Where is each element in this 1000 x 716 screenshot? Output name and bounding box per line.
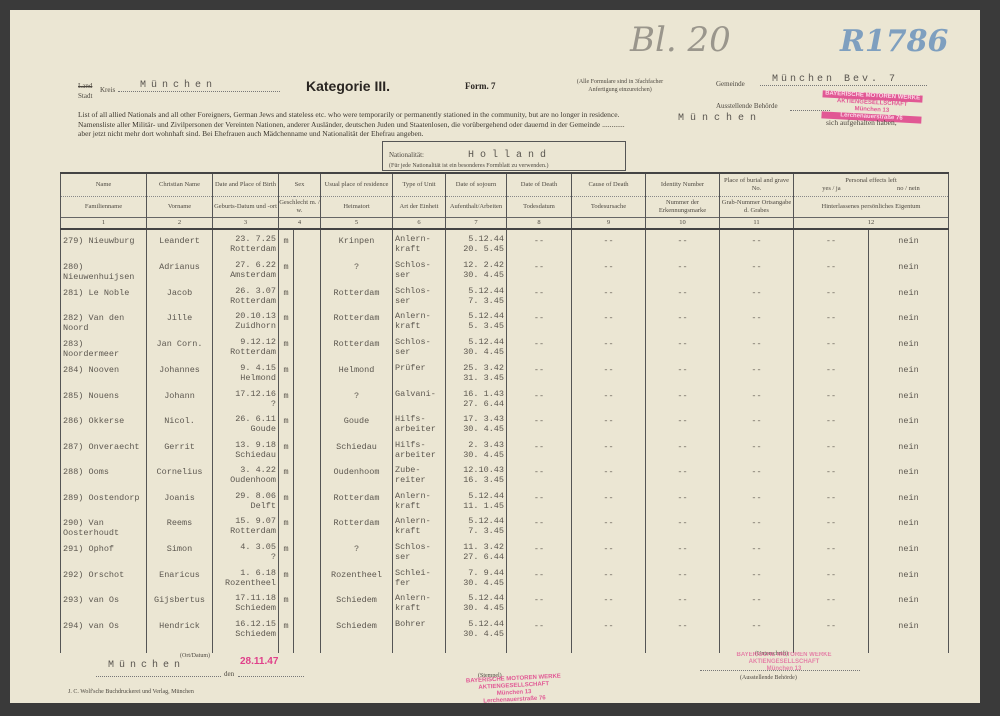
- cell-name: 282) Van den Noord: [61, 307, 147, 333]
- table-row: 287) OnveraechtGerrit13. 9.18SchiedaumSc…: [61, 436, 949, 462]
- cell-effects-yes: --: [794, 538, 869, 564]
- cell-effects-no: nein: [869, 512, 949, 538]
- residence: Rotterdam: [334, 493, 380, 503]
- residence: Rotterdam: [334, 518, 380, 528]
- sojourn-to: 16. 3.45: [463, 475, 504, 485]
- identity-number: --: [677, 391, 687, 401]
- row-number: 291): [63, 544, 83, 554]
- cell-burial: --: [720, 282, 794, 308]
- effects-yes: --: [826, 570, 836, 580]
- cell-death-date: --: [507, 359, 572, 385]
- cell-identity: --: [646, 359, 720, 385]
- cell-sex-w: [294, 282, 321, 308]
- death-cause: --: [603, 313, 613, 323]
- cell-christian-name: Johannes: [147, 359, 213, 385]
- effects-yes: --: [826, 621, 836, 631]
- col-header-unit: Type of Unit: [393, 173, 446, 197]
- cell-sex: m: [279, 512, 294, 538]
- nationality-box: Nationalität: Holland (Für jede National…: [382, 141, 626, 171]
- cell-burial: --: [720, 359, 794, 385]
- cell-unit: Schlei-fer: [393, 564, 446, 590]
- cell-christian-name: Jan Corn.: [147, 333, 213, 359]
- unit-line-2: ser: [395, 270, 410, 280]
- cell-name: 289) Oostendorp: [61, 487, 147, 513]
- christian-name: Johannes: [159, 365, 200, 375]
- cell-birth: 26. 3.07Rotterdam: [213, 282, 279, 308]
- burial-place: --: [751, 621, 761, 631]
- family-name: Ophof: [89, 544, 115, 554]
- sojourn-to: 20. 5.45: [463, 244, 504, 254]
- unit-line-2: arbeiter: [395, 450, 436, 460]
- cell-christian-name: Gijsbertus: [147, 589, 213, 615]
- burial-place: --: [751, 391, 761, 401]
- cell-sex-w: [294, 436, 321, 462]
- death-date: --: [534, 288, 544, 298]
- sojourn-from: 12. 2.42: [463, 260, 504, 270]
- cell-sojourn: 16. 1.4327. 6.44: [446, 385, 507, 411]
- col-num-8: 8: [507, 218, 572, 230]
- christian-name: Jan Corn.: [157, 339, 203, 349]
- identity-number: --: [677, 493, 687, 503]
- cell-birth: 17.11.18Schiedem: [213, 589, 279, 615]
- signature-line: [700, 668, 860, 671]
- form-number: Form. 7: [465, 81, 496, 91]
- residence: Goude: [344, 416, 370, 426]
- effects-no: nein: [898, 262, 918, 272]
- cell-death-date: --: [507, 385, 572, 411]
- cell-unit: Hilfs-arbeiter: [393, 410, 446, 436]
- cell-sojourn: 7. 9.4430. 4.45: [446, 564, 507, 590]
- stadt-label: Stadt: [78, 92, 92, 100]
- sojourn-from: 12.10.43: [463, 465, 504, 475]
- intro-german-3: aber jetzt nicht mehr dort wohnhaft sind…: [78, 129, 768, 139]
- cell-sex-w: [294, 512, 321, 538]
- cell-effects-no: nein: [869, 487, 949, 513]
- family-name: van Os: [89, 595, 120, 605]
- cell-christian-name: Leandert: [147, 229, 213, 256]
- cell-death-date: --: [507, 333, 572, 359]
- cell-unit: Anlern-kraft: [393, 512, 446, 538]
- sex: m: [283, 544, 288, 554]
- cell-death-cause: --: [572, 589, 646, 615]
- family-name: Onveraecht: [89, 442, 140, 452]
- death-cause: --: [603, 416, 613, 426]
- col-header-name: Name: [61, 173, 147, 197]
- family-name: Nooven: [89, 365, 120, 375]
- death-date: --: [534, 493, 544, 503]
- birth-date: 4. 3.05: [240, 542, 276, 552]
- cell-sex: m: [279, 538, 294, 564]
- cell-death-cause: --: [572, 229, 646, 256]
- cell-birth: 26. 6.11Goude: [213, 410, 279, 436]
- cell-death-cause: --: [572, 615, 646, 653]
- sojourn-from: 5.12.44: [468, 593, 504, 603]
- col-num-10: 10: [646, 218, 720, 230]
- gemeinde-value: München Bev. 7: [760, 74, 927, 86]
- residence: ?: [354, 262, 359, 272]
- christian-name: Joanis: [164, 493, 195, 503]
- effects-yes: --: [826, 544, 836, 554]
- death-date: --: [534, 365, 544, 375]
- cell-birth: 3. 4.22Oudenhoom: [213, 461, 279, 487]
- col-header-christian-name: Christian Name: [147, 173, 213, 197]
- cell-identity: --: [646, 615, 720, 653]
- cell-sojourn: 5.12.4411. 1.45: [446, 487, 507, 513]
- unit-line-1: Schlei-: [395, 568, 431, 578]
- cell-residence: Goude: [321, 410, 393, 436]
- handwritten-reference: R1786: [840, 24, 948, 59]
- birth-date: 26. 3.07: [235, 286, 276, 296]
- burial-place: --: [751, 595, 761, 605]
- cell-christian-name: Nicol.: [147, 410, 213, 436]
- cell-burial: --: [720, 385, 794, 411]
- cell-identity: --: [646, 512, 720, 538]
- cell-effects-no: nein: [869, 538, 949, 564]
- cell-identity: --: [646, 307, 720, 333]
- row-number: 294): [63, 621, 83, 631]
- cell-sex: m: [279, 333, 294, 359]
- unit-line-1: Zube-: [395, 465, 421, 475]
- table-row: 290) Van OosterhoudtReems15. 9.07Rotterd…: [61, 512, 949, 538]
- effects-no: nein: [898, 313, 918, 323]
- row-number: 289): [63, 493, 83, 503]
- cell-sex: m: [279, 307, 294, 333]
- identity-number: --: [677, 339, 687, 349]
- persons-table-body: 279) NieuwburgLeandert23. 7.25Rotterdamm…: [61, 229, 949, 653]
- table-row: 291) OphofSimon4. 3.05?m?Schlos-ser11. 3…: [61, 538, 949, 564]
- row-number: 281): [63, 288, 83, 298]
- effects-yes: --: [826, 365, 836, 375]
- cell-death-cause: --: [572, 282, 646, 308]
- kreis-label: Kreis: [100, 86, 115, 94]
- row-number: 279): [63, 236, 83, 246]
- table-row: 284) NoovenJohannes9. 4.15HelmondmHelmon…: [61, 359, 949, 385]
- col-header-death-cause: Cause of Death: [572, 173, 646, 197]
- sex: m: [283, 442, 288, 452]
- unit-line-2: kraft: [395, 603, 421, 613]
- residence: Rotterdam: [334, 313, 380, 323]
- cell-sex: m: [279, 564, 294, 590]
- birth-place: Oudenhoom: [230, 475, 276, 485]
- burial-place: --: [751, 236, 761, 246]
- effects-yes: --: [826, 416, 836, 426]
- place-line: [96, 674, 221, 677]
- cell-sojourn: 25. 3.4231. 3.45: [446, 359, 507, 385]
- cell-sex: m: [279, 256, 294, 282]
- table-row: 288) OomsCornelius3. 4.22OudenhoommOuden…: [61, 461, 949, 487]
- col-header-residence: Usual place of residence: [321, 173, 393, 197]
- intro-english: List of all allied Nationals and all oth…: [78, 110, 768, 120]
- sex: m: [283, 236, 288, 246]
- sojourn-to: 11. 1.45: [463, 501, 504, 511]
- cell-burial: --: [720, 461, 794, 487]
- cell-unit: Schlos-ser: [393, 333, 446, 359]
- cell-sex: m: [279, 385, 294, 411]
- table-row: 280) NieuwenhuijsenAdrianus27. 6.22Amste…: [61, 256, 949, 282]
- cell-name: 292) Orschot: [61, 564, 147, 590]
- cell-sojourn: 12.10.4316. 3.45: [446, 461, 507, 487]
- sojourn-from: 11. 3.42: [463, 542, 504, 552]
- cell-effects-no: nein: [869, 307, 949, 333]
- burial-place: --: [751, 313, 761, 323]
- cell-sex: m: [279, 282, 294, 308]
- cell-residence: ?: [321, 538, 393, 564]
- identity-number: --: [677, 262, 687, 272]
- intro-paragraph: List of all allied Nationals and all oth…: [78, 110, 768, 139]
- copies-note: (Alle Formulare sind in 3fachfacher Anfe…: [570, 78, 670, 94]
- cell-sojourn: 5.12.447. 3.45: [446, 512, 507, 538]
- cell-death-date: --: [507, 512, 572, 538]
- unit-line-1: Schlos-: [395, 260, 431, 270]
- cell-burial: --: [720, 410, 794, 436]
- row-number: 285): [63, 391, 83, 401]
- cell-effects-yes: --: [794, 589, 869, 615]
- birth-date: 1. 6.18: [240, 568, 276, 578]
- cell-unit: Prüfer: [393, 359, 446, 385]
- sojourn-from: 16. 1.43: [463, 389, 504, 399]
- cell-sex-w: [294, 333, 321, 359]
- sojourn-from: 5.12.44: [468, 619, 504, 629]
- cell-name: 280) Nieuwenhuijsen: [61, 256, 147, 282]
- residence: ?: [354, 544, 359, 554]
- unit-line-2: kraft: [395, 526, 421, 536]
- death-date: --: [534, 262, 544, 272]
- table-row: 283) NoordermeerJan Corn.9.12.12Rotterda…: [61, 333, 949, 359]
- sex: m: [283, 391, 288, 401]
- death-date: --: [534, 313, 544, 323]
- cell-identity: --: [646, 410, 720, 436]
- intro-place-value: München: [678, 113, 762, 124]
- effects-yes: --: [826, 313, 836, 323]
- date-line: [238, 674, 304, 677]
- sojourn-from: 5.12.44: [468, 337, 504, 347]
- sex: m: [283, 621, 288, 631]
- cell-identity: --: [646, 461, 720, 487]
- cell-identity: --: [646, 256, 720, 282]
- cell-effects-no: nein: [869, 359, 949, 385]
- sojourn-from: 17. 3.43: [463, 414, 504, 424]
- cell-burial: --: [720, 564, 794, 590]
- cell-death-date: --: [507, 461, 572, 487]
- cell-unit: Zube-reiter: [393, 461, 446, 487]
- cell-sex: m: [279, 359, 294, 385]
- burial-place: --: [751, 339, 761, 349]
- sex: m: [283, 416, 288, 426]
- cell-death-date: --: [507, 487, 572, 513]
- cell-sojourn: 5.12.4430. 4.45: [446, 333, 507, 359]
- col-header-birth: Date and Place of Birth: [213, 173, 279, 197]
- death-cause: --: [603, 288, 613, 298]
- cell-unit: Bohrer: [393, 615, 446, 653]
- death-date: --: [534, 442, 544, 452]
- cell-name: 285) Nouens: [61, 385, 147, 411]
- effects-no: nein: [898, 544, 918, 554]
- cell-unit: Anlern-kraft: [393, 307, 446, 333]
- cell-burial: --: [720, 307, 794, 333]
- col-num-11: 11: [720, 218, 794, 230]
- effects-no: nein: [898, 493, 918, 503]
- birth-place: Rozentheel: [225, 578, 276, 588]
- unit-line-1: Anlern-: [395, 593, 431, 603]
- family-name: Oostendorp: [89, 493, 140, 503]
- cell-name: 288) Ooms: [61, 461, 147, 487]
- sojourn-to: 30. 4.45: [463, 629, 504, 639]
- unit-line-2: reiter: [395, 475, 426, 485]
- cell-sex-w: [294, 461, 321, 487]
- table-row: 281) Le NobleJacob26. 3.07RotterdammRott…: [61, 282, 949, 308]
- cell-name: 293) van Os: [61, 589, 147, 615]
- effects-yes: --: [826, 442, 836, 452]
- cell-residence: ?: [321, 385, 393, 411]
- col-header-name-de: Familienname: [61, 197, 147, 218]
- col-header-effects-de: Hinterlassenes persönliches Eigentum: [794, 197, 949, 218]
- cell-christian-name: Simon: [147, 538, 213, 564]
- table-row: 294) van OsHendrick16.12.15SchiedemmSchi…: [61, 615, 949, 653]
- printer-credit: J. C. Wolf'sche Buchdruckerei und Verlag…: [68, 688, 194, 696]
- cell-residence: Schiedem: [321, 615, 393, 653]
- identity-number: --: [677, 313, 687, 323]
- sojourn-to: 7. 3.45: [468, 526, 504, 536]
- col-num-4: 4: [279, 218, 321, 230]
- residence: Rotterdam: [334, 339, 380, 349]
- unit-line-1: Schlos-: [395, 337, 431, 347]
- nationality-label: Nationalität:: [389, 151, 424, 159]
- residence: Krinpen: [339, 236, 375, 246]
- birth-place: Rotterdam: [230, 296, 276, 306]
- cell-death-date: --: [507, 282, 572, 308]
- col-header-unit-de: Art der Einheit: [393, 197, 446, 218]
- unit-line-2: fer: [395, 578, 410, 588]
- identity-number: --: [677, 236, 687, 246]
- cell-burial: --: [720, 487, 794, 513]
- col-num-5: 5: [321, 218, 393, 230]
- unit-line-1: Anlern-: [395, 516, 431, 526]
- cell-residence: Helmond: [321, 359, 393, 385]
- col-header-identity-de: Nummer der Erkennungsmarke: [646, 197, 720, 218]
- christian-name: Johann: [164, 391, 195, 401]
- death-cause: --: [603, 262, 613, 272]
- death-cause: --: [603, 365, 613, 375]
- unit-line-1: Anlern-: [395, 311, 431, 321]
- cell-sojourn: 17. 3.4330. 4.45: [446, 410, 507, 436]
- cell-sex: m: [279, 487, 294, 513]
- table-row: 293) van OsGijsbertus17.11.18SchiedemmSc…: [61, 589, 949, 615]
- cell-sex-w: [294, 385, 321, 411]
- cell-burial: --: [720, 538, 794, 564]
- effects-no: nein: [898, 442, 918, 452]
- birth-place: Goude: [250, 424, 276, 434]
- cell-birth: 4. 3.05?: [213, 538, 279, 564]
- cell-unit: Anlern-kraft: [393, 589, 446, 615]
- cell-birth: 9.12.12Rotterdam: [213, 333, 279, 359]
- sojourn-to: 27. 6.44: [463, 552, 504, 562]
- cell-unit: Schlos-ser: [393, 538, 446, 564]
- birth-place: Zuidhorn: [235, 321, 276, 331]
- unit-line-2: kraft: [395, 321, 421, 331]
- family-name: van Os: [89, 621, 120, 631]
- cell-death-cause: --: [572, 461, 646, 487]
- residence: Helmond: [339, 365, 375, 375]
- death-date: --: [534, 570, 544, 580]
- cell-sex: m: [279, 229, 294, 256]
- cell-sojourn: 5.12.4420. 5.45: [446, 229, 507, 256]
- burial-place: --: [751, 467, 761, 477]
- col-header-sex-de: Geschlecht m. / w.: [279, 197, 321, 218]
- effects-no: nein: [898, 339, 918, 349]
- death-date: --: [534, 391, 544, 401]
- cell-sex-w: [294, 307, 321, 333]
- sex: m: [283, 493, 288, 503]
- family-name: Okkerse: [89, 416, 125, 426]
- death-cause: --: [603, 595, 613, 605]
- cell-effects-no: nein: [869, 229, 949, 256]
- birth-place: Amsterdam: [230, 270, 276, 280]
- cell-sex-w: [294, 615, 321, 653]
- cell-christian-name: Hendrick: [147, 615, 213, 653]
- effects-yes: --: [826, 493, 836, 503]
- cell-sex-w: [294, 564, 321, 590]
- cell-name: 281) Le Noble: [61, 282, 147, 308]
- cell-death-date: --: [507, 307, 572, 333]
- death-cause: --: [603, 518, 613, 528]
- col-header-death-cause-de: Todesursache: [572, 197, 646, 218]
- table-row: 279) NieuwburgLeandert23. 7.25Rotterdamm…: [61, 229, 949, 256]
- cell-burial: --: [720, 256, 794, 282]
- cell-death-cause: --: [572, 538, 646, 564]
- cell-residence: Rotterdam: [321, 307, 393, 333]
- death-date: --: [534, 236, 544, 246]
- family-name: Nouens: [89, 391, 120, 401]
- sojourn-from: 5.12.44: [468, 311, 504, 321]
- cell-residence: Rotterdam: [321, 487, 393, 513]
- birth-date: 29. 8.06: [235, 491, 276, 501]
- cell-christian-name: Johann: [147, 385, 213, 411]
- unit-line-2: ser: [395, 296, 410, 306]
- burial-place: --: [751, 262, 761, 272]
- death-cause: --: [603, 621, 613, 631]
- birth-date: 13. 9.18: [235, 440, 276, 450]
- death-cause: --: [603, 442, 613, 452]
- cell-death-cause: --: [572, 410, 646, 436]
- col-header-death-date: Date of Death: [507, 173, 572, 197]
- effects-no: nein: [898, 288, 918, 298]
- cell-christian-name: Cornelius: [147, 461, 213, 487]
- death-date: --: [534, 518, 544, 528]
- cell-effects-yes: --: [794, 564, 869, 590]
- birth-place: Schiedem: [235, 629, 276, 639]
- cell-christian-name: Gerrit: [147, 436, 213, 462]
- unit-line-1: Schlos-: [395, 542, 431, 552]
- death-cause: --: [603, 391, 613, 401]
- cell-effects-no: nein: [869, 256, 949, 282]
- land-label: Land: [78, 82, 92, 90]
- cell-birth: 15. 9.07Rotterdam: [213, 512, 279, 538]
- identity-number: --: [677, 365, 687, 375]
- cell-name: 287) Onveraecht: [61, 436, 147, 462]
- cell-effects-no: nein: [869, 410, 949, 436]
- cell-sex-w: [294, 589, 321, 615]
- cell-birth: 17.12.16?: [213, 385, 279, 411]
- effects-no: nein: [898, 467, 918, 477]
- unit-line-1: Schlos-: [395, 286, 431, 296]
- col-num-1: 1: [61, 218, 147, 230]
- effects-no: nein: [898, 595, 918, 605]
- cell-effects-no: nein: [869, 385, 949, 411]
- cell-birth: 29. 8.06Delft: [213, 487, 279, 513]
- burial-place: --: [751, 416, 761, 426]
- cell-effects-yes: --: [794, 333, 869, 359]
- unit-line-1: Anlern-: [395, 491, 431, 501]
